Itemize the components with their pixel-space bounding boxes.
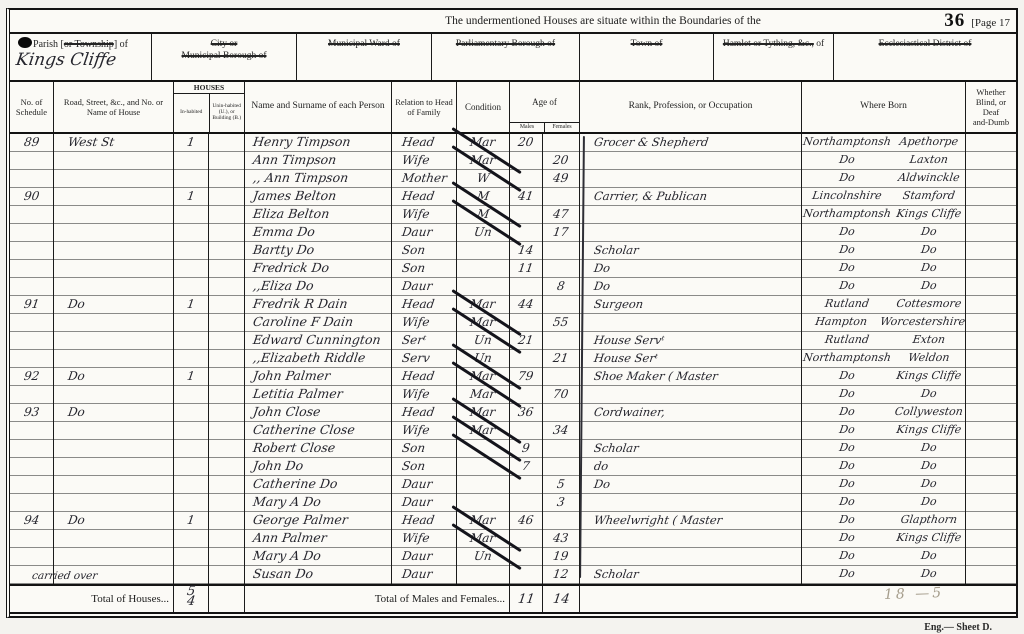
parish-label-struck: or Township [64,39,114,50]
cell-f: 70 [543,386,580,404]
col-header-born: Where Born [802,82,966,132]
cell-inh [174,440,209,458]
cell-sch [10,278,54,296]
cell-f: 43 [543,530,580,548]
cell-street: Do [54,404,174,422]
cell-occ: Cordwainer, [580,404,802,422]
cell-text-m: 7 [521,458,531,474]
cell-f: 21 [543,350,580,368]
cell-text-f: 34 [552,422,570,438]
cell-text-occ: do [593,458,610,474]
cell-occ [580,422,802,440]
cell-blind [966,476,1016,494]
cell-born: DoDo [802,278,966,296]
cell-inh [174,476,209,494]
cell-text-name: ,,Elizabeth Riddle [252,350,367,366]
cell-born: DoLaxton [802,152,966,170]
cell-f [543,260,580,278]
cell-inh: 1 [174,512,209,530]
cell-blind [966,134,1016,152]
born-place: Cottesmore [890,296,966,314]
col-header-males: Males [510,123,545,132]
cell-blind [966,404,1016,422]
ward-label: Municipal Ward of [297,39,431,51]
cell-text-rel: Daur [401,566,433,582]
cell-text-name: Caroline F Dain [252,314,354,330]
col-header-condition: Condition [457,82,510,132]
cell-occ [580,314,802,332]
cell-name: ,,Eliza Do [245,278,392,296]
cell-f: 20 [543,152,580,170]
cell-street [54,278,174,296]
table-row: ,,Eliza DoDaur8DoDoDo [10,278,1016,296]
cell-street [54,332,174,350]
born-place: Weldon [890,350,966,368]
cell-uninh [209,134,245,152]
cell-blind [966,296,1016,314]
cell-text-name: Catherine Close [252,422,356,438]
cell-name: Caroline F Dain [245,314,392,332]
blind-label-line2: Blind, or Deaf [967,97,1015,117]
cell-text-occ: Shoe Maker ( Master [593,368,719,384]
cell-sch [10,386,54,404]
cell-f: 19 [543,548,580,566]
hamlet-label-of: of [814,39,824,49]
cell-born: DoDo [802,494,966,512]
parish-cell: Parish [or Township] of Kings Cliffe [10,34,152,80]
born-county: Do [801,458,893,476]
born-place: Do [890,476,966,494]
cell-f: 12 [543,566,580,584]
cell-blind [966,206,1016,224]
cell-text-f: 8 [556,278,566,294]
cell-cond: Mar [457,512,510,530]
cell-text-name: Catherine Do [252,476,339,492]
cell-cond [457,566,510,584]
cell-text-occ: Wheelwright ( Master [593,512,723,528]
cell-street [54,206,174,224]
cell-born: HamptonWorcestershire [802,314,966,332]
cell-inh [174,332,209,350]
cell-text-name: Robert Close [252,440,336,456]
cell-born: DoDo [802,548,966,566]
born-county: Do [801,224,893,242]
born-place: Do [890,458,966,476]
cell-text-name: George Palmer [252,512,349,528]
cell-blind [966,152,1016,170]
cell-text-sch: 90 [23,188,41,204]
cell-inh [174,170,209,188]
cell-sch: 90 [10,188,54,206]
cell-cond: M [457,188,510,206]
cell-text-cond: Un [473,350,493,366]
cell-rel: Son [392,440,457,458]
cell-born: DoAldwinckle [802,170,966,188]
cell-blind [966,422,1016,440]
cell-text-name: Fredrik R Dain [252,296,349,312]
cell-sch [10,494,54,512]
cell-m [510,566,543,584]
born-place: Laxton [890,152,966,170]
cell-occ: House Serᵗ [580,350,802,368]
cell-f [543,512,580,530]
hamlet-cell: Hamlet or Tything, &c., of [714,34,834,80]
cell-cond [457,260,510,278]
cell-blind [966,368,1016,386]
born-county: Rutland [801,332,893,350]
cell-text-f: 17 [552,224,570,240]
cell-text-rel: Wife [401,530,431,546]
cell-text-name: Bartty Do [252,242,315,258]
cell-sch [10,458,54,476]
cell-street [54,170,174,188]
cell-name: ,, Ann Timpson [245,170,392,188]
cell-text-name: Ann Palmer [252,530,328,546]
cell-text-inh: 1 [186,188,196,204]
cell-rel: Wife [392,206,457,224]
cell-street [54,152,174,170]
born-county: Do [801,422,893,440]
cell-rel: Daur [392,278,457,296]
cell-sch [10,170,54,188]
table-row: Bartty DoSon14ScholarDoDo [10,242,1016,260]
cell-name: Mary A Do [245,548,392,566]
folio-number: 36 [944,10,965,32]
cell-blind [966,530,1016,548]
born-place: Kings Cliffe [890,530,966,548]
cell-uninh [209,440,245,458]
cell-blind [966,224,1016,242]
cell-text-rel: Wife [401,314,431,330]
cell-f: 5 [543,476,580,494]
cell-text-occ: House Servᵗ [593,332,665,348]
cell-text-sch: 89 [23,134,41,150]
cell-uninh [209,566,245,584]
cell-text-cond: M [476,206,491,222]
cell-text-rel: Head [401,404,436,420]
born-county: Northamptonsh [801,350,893,368]
cell-text-f: 5 [556,476,566,492]
cell-occ: Carrier, & Publican [580,188,802,206]
cell-inh [174,566,209,584]
cell-blind [966,260,1016,278]
cell-sch [10,260,54,278]
cell-inh: 1 [174,296,209,314]
page-label: [Page 17 [971,17,1010,29]
born-county: Do [801,278,893,296]
table-row: Susan DoDaur12ScholarDoDo [10,566,1016,584]
cell-m [510,494,543,512]
born-place: Do [890,278,966,296]
cell-occ: Wheelwright ( Master [580,512,802,530]
born-county: Rutland [801,296,893,314]
cell-text-street: Do [67,368,86,384]
cell-rel: Wife [392,314,457,332]
col-header-blind: Whether Blind, or Deaf and-Dumb [966,82,1016,132]
born-county: Do [801,386,893,404]
form-top-strip: The undermentioned Houses are situate wi… [10,10,1016,34]
cell-uninh [209,476,245,494]
cell-occ: Do [580,476,802,494]
cell-street [54,260,174,278]
cell-text-sch: 94 [23,512,41,528]
born-place: Worcestershire [879,314,966,332]
born-county: Hampton [801,314,882,332]
cell-name: Susan Do [245,566,392,584]
cell-sch [10,530,54,548]
cell-sch [10,476,54,494]
cell-street: Do [54,512,174,530]
born-county: Northamptonsh [801,206,893,224]
cell-born: RutlandCottesmore [802,296,966,314]
cell-rel: Daur [392,494,457,512]
born-place: Do [890,566,966,584]
cell-name: John Close [245,404,392,422]
cell-name: Bartty Do [245,242,392,260]
cell-blind [966,458,1016,476]
cell-rel: Head [392,134,457,152]
cell-name: Eliza Belton [245,206,392,224]
cell-occ [580,206,802,224]
cell-rel: Head [392,368,457,386]
cell-street: Do [54,368,174,386]
cell-uninh [209,188,245,206]
cell-rel: Serᵗ [392,332,457,350]
cell-text-rel: Serv [401,350,431,366]
cell-occ: House Servᵗ [580,332,802,350]
cell-uninh [209,422,245,440]
col-header-name: Name and Surname of each Person [245,82,392,132]
total-houses-label: Total of Houses... [10,586,174,612]
cell-text-rel: Son [401,458,426,474]
cell-text-rel: Head [401,296,436,312]
born-place: Stamford [890,188,966,206]
cell-name: Henry Timpson [245,134,392,152]
cell-text-rel: Daur [401,548,433,564]
cell-rel: Head [392,188,457,206]
cell-inh [174,278,209,296]
cell-inh [174,386,209,404]
born-county: Do [801,566,893,584]
cell-name: Catherine Do [245,476,392,494]
cell-inh [174,152,209,170]
cell-street [54,386,174,404]
cell-uninh [209,296,245,314]
town-label: Town of [580,39,713,51]
cell-f: 17 [543,224,580,242]
cell-cond [457,494,510,512]
cell-uninh [209,224,245,242]
cell-occ [580,224,802,242]
cell-street [54,476,174,494]
municipal-ward-cell: Municipal Ward of [297,34,432,80]
parish-label-pre: Parish [ [33,39,64,50]
cell-inh [174,548,209,566]
cell-text-rel: Head [401,134,436,150]
location-header-row: Parish [or Township] of Kings Cliffe Cit… [10,34,1016,82]
cell-text-name: ,, Ann Timpson [252,170,349,186]
born-place: Do [890,386,966,404]
cell-street [54,188,174,206]
cell-text-occ: Grocer & Shepherd [593,134,710,150]
cell-text-m: 20 [517,134,535,150]
cell-text-name: ,,Eliza Do [252,278,315,294]
col-header-houses: HOUSES In-habited Unin-habited (U.), or … [174,82,245,132]
sheet-footer-label: Eng.— Sheet D. [924,622,992,633]
cell-inh [174,260,209,278]
ink-blot [18,37,32,48]
cell-blind [966,512,1016,530]
cell-occ: Scholar [580,242,802,260]
schedule-label-line2: Schedule [16,107,47,117]
cell-text-rel: Wife [401,152,431,168]
cell-sch [10,332,54,350]
cell-text-f: 12 [552,566,570,582]
cell-text-f: 20 [552,152,570,168]
cell-text-cond: Mar [469,404,496,420]
cell-street [54,314,174,332]
cell-text-rel: Wife [401,386,431,402]
cell-born: DoDo [802,440,966,458]
cell-occ [580,152,802,170]
cell-f [543,332,580,350]
cell-born: NorthamptonshWeldon [802,350,966,368]
cell-born: DoCollyweston [802,404,966,422]
cell-text-rel: Daur [401,278,433,294]
cell-text-sch: 91 [23,296,41,312]
eccl-district-label: Ecclesiastical District of [834,39,1016,51]
carried-over-note: carried over [31,570,98,582]
born-county: Do [801,242,893,260]
cell-text-occ: Cordwainer, [593,404,666,420]
col-header-uninhabited: Unin-habited (U.), or Building (B.) [210,94,245,132]
born-county: Do [801,548,893,566]
cell-inh [174,530,209,548]
col-header-schedule: No. of Schedule [10,82,54,132]
cell-text-name: John Do [252,458,304,474]
cell-street [54,242,174,260]
cell-inh [174,404,209,422]
cell-m [510,476,543,494]
cell-m: 44 [510,296,543,314]
cell-occ: Surgeon [580,296,802,314]
cell-born: DoDo [802,224,966,242]
cell-rel: Wife [392,422,457,440]
cell-text-rel: Daur [401,494,433,510]
form-heading: The undermentioned Houses are situate wi… [10,15,1016,27]
totals-right-empty [580,586,1016,612]
cell-street [54,530,174,548]
cell-m: 46 [510,512,543,530]
born-place: Do [890,224,966,242]
born-place: Glapthorn [890,512,966,530]
cell-uninh [209,530,245,548]
cell-text-name: James Belton [252,188,338,204]
col-header-age: Age of Males Females [510,82,580,132]
born-place: Aldwinckle [890,170,966,188]
cell-rel: Son [392,458,457,476]
cell-text-name: Edward Cunnington [252,332,382,348]
totals-row: Total of Houses... 5 4 Total of Males an… [10,584,1016,614]
cell-text-name: Mary A Do [252,548,322,564]
cell-name: Robert Close [245,440,392,458]
cell-cond [457,476,510,494]
houses-total-original: 4 [186,597,196,607]
cell-street [54,350,174,368]
cell-name: Emma Do [245,224,392,242]
cell-street [54,440,174,458]
cell-name: Letitia Palmer [245,386,392,404]
cell-text-rel: Wife [401,206,431,222]
census-form-page: The undermentioned Houses are situate wi… [6,8,1018,618]
folio-box: 36 [Page 17 [944,10,1010,32]
col-header-inhabited: In-habited [174,94,210,132]
cell-inh [174,422,209,440]
table-row: ,,Elizabeth RiddleServUn21House SerᵗNort… [10,350,1016,368]
cell-text-name: Emma Do [252,224,316,240]
cell-f: 55 [543,314,580,332]
cell-f [543,134,580,152]
cell-f: 8 [543,278,580,296]
cell-text-inh: 1 [186,134,196,150]
cell-born: DoDo [802,242,966,260]
col-header-occupation: Rank, Profession, or Occupation [580,82,802,132]
cell-name: Mary A Do [245,494,392,512]
cell-born: DoGlapthorn [802,512,966,530]
cell-m: 14 [510,242,543,260]
cell-text-occ: Scholar [593,242,640,258]
cell-text-rel: Daur [401,224,433,240]
cell-name: Edward Cunnington [245,332,392,350]
born-place: Do [890,440,966,458]
cell-occ: Grocer & Shepherd [580,134,802,152]
cell-text-cond: Mar [469,512,496,528]
cell-born: DoKings Cliffe [802,422,966,440]
cell-text-street: Do [67,296,86,312]
cell-uninh [209,152,245,170]
born-county: Do [801,368,893,386]
cell-text-f: 43 [552,530,570,546]
cell-blind [966,386,1016,404]
cell-text-f: 21 [552,350,570,366]
cell-inh [174,314,209,332]
cell-sch: 91 [10,296,54,314]
cell-text-street: Do [67,512,86,528]
cell-street [54,548,174,566]
cell-born: DoDo [802,260,966,278]
cell-street [54,494,174,512]
cell-name: Ann Palmer [245,530,392,548]
age-group-title: Age of [532,82,557,122]
col-header-females: Females [545,123,579,132]
cell-text-name: Mary A Do [252,494,322,510]
cell-rel: Serv [392,350,457,368]
cell-sch [10,440,54,458]
cell-sch [10,314,54,332]
cell-sch [10,548,54,566]
cell-inh: 1 [174,188,209,206]
cell-sch: 92 [10,368,54,386]
cell-occ: do [580,458,802,476]
cell-text-occ: Surgeon [593,296,645,312]
cell-m: 36 [510,404,543,422]
cell-blind [966,332,1016,350]
cell-text-inh: 1 [186,512,196,528]
cell-uninh [209,386,245,404]
cell-uninh [209,314,245,332]
cell-sch: 94 [10,512,54,530]
cell-text-cond: Mar [469,134,496,150]
